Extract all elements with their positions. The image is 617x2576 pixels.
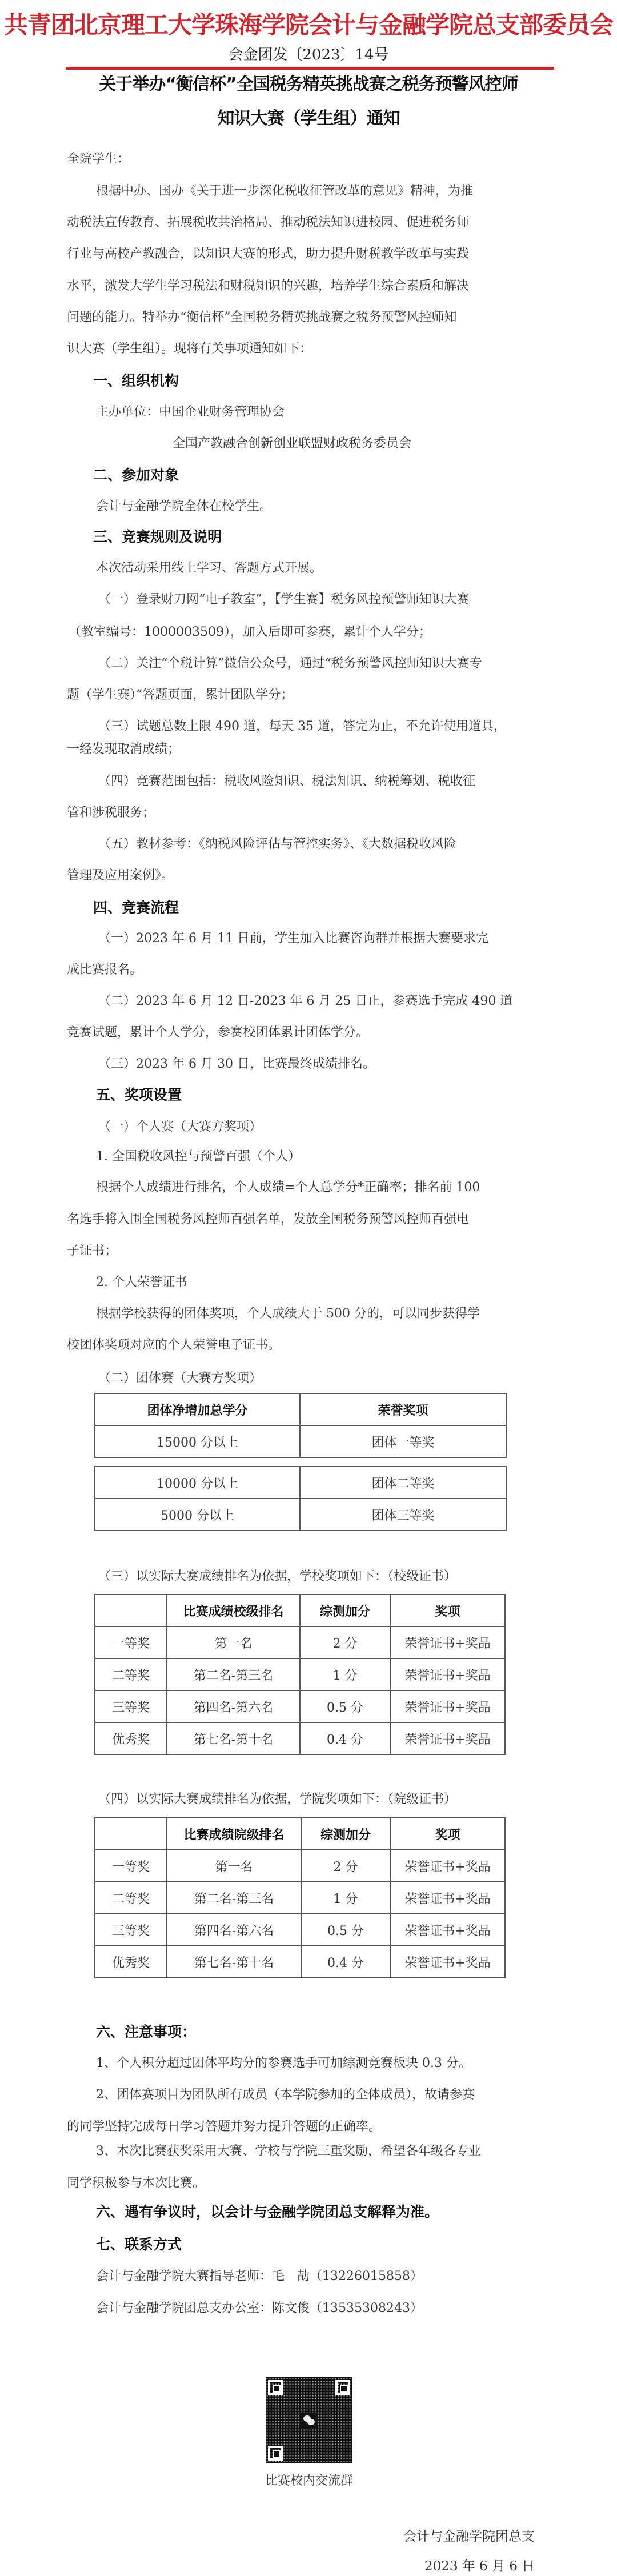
table-cell: 荣誉证书+奖品 — [390, 1722, 505, 1754]
table-cell: 团体二等奖 — [300, 1467, 506, 1499]
process-line: 竞赛试题，累计个人学分，参赛校团体累计团体学分。 — [67, 1024, 368, 1041]
table-cell: 0.4 分 — [301, 1946, 390, 1978]
participants-text: 会计与金融学院全体在校学生。 — [96, 498, 272, 515]
table-row: 二等奖 第二名-第三名 1 分 荣誉证书+奖品 — [95, 1658, 505, 1690]
signature-org: 会计与金融学院团总支 — [403, 2528, 535, 2545]
table-header: 综测加分 — [301, 1818, 390, 1850]
table-cell: 团体三等奖 — [300, 1499, 506, 1531]
dispute-clause: 六、遇有争议时，以会计与金融学院团总支解释为准。 — [96, 2202, 439, 2222]
table-row: 二等奖 第二名-第三名 1 分 荣誉证书+奖品 — [95, 1882, 505, 1914]
table-cell: 优秀奖 — [95, 1722, 167, 1754]
table-cell: 第二名-第三名 — [167, 1882, 301, 1914]
rules-line: 管理及应用案例》。 — [67, 867, 174, 884]
section-heading-process: 四、竞赛流程 — [93, 898, 179, 918]
table-cell: 荣誉证书+奖品 — [390, 1850, 505, 1882]
notes-line: 2、团体赛项目为团队所有成员（本学院参加的全体成员），故请参赛 — [96, 2086, 475, 2104]
individual-heading: （一）个人赛（大赛方奖项） — [98, 1119, 262, 1136]
table-cell: 5000 分以上 — [95, 1499, 300, 1531]
team-award-table: 团体净增加总学分 荣誉奖项 15000 分以上 团体一等奖 — [94, 1393, 507, 1458]
intro-line: 水平，激发大学生学习税法和财税知识的兴趣，培养学生综合素质和解决 — [67, 278, 469, 295]
rules-line: 题（学生赛）”答题页面，累计团队学分； — [67, 687, 293, 704]
intro-line: 动税法宣传教育、拓展税收共治格局、推动税法知识进校园、促进税务师 — [67, 214, 469, 231]
org-title: 共青团北京理工大学珠海学院会计与金融学院总支部委员会 — [0, 9, 617, 41]
table-cell: 1 分 — [301, 1882, 390, 1914]
table-cell: 10000 分以上 — [95, 1467, 300, 1499]
table-row: 优秀奖 第七名-第十名 0.4 分 荣誉证书+奖品 — [95, 1722, 505, 1754]
table-row: 15000 分以上 团体一等奖 — [95, 1425, 506, 1457]
table-header: 奖项 — [390, 1818, 505, 1850]
table-header: 比赛成绩校级排名 — [167, 1595, 300, 1626]
table-cell: 二等奖 — [95, 1658, 167, 1690]
team-award-table-continued: 10000 分以上 团体二等奖 5000 分以上 团体三等奖 — [94, 1466, 507, 1531]
table-cell: 荣誉证书+奖品 — [390, 1882, 505, 1914]
table-cell: 0.5 分 — [300, 1690, 390, 1722]
individual-item2-line: 根据学校获得的团体奖项，个人成绩大于 500 分的，可以同步获得学 — [96, 1305, 480, 1323]
notes-line: 同学积极参与本次比赛。 — [67, 2175, 205, 2192]
organizer-1: 主办单位：中国企业财务管理协会 — [96, 404, 285, 421]
wechat-qr-code-icon — [266, 2377, 352, 2463]
college-award-table: 比赛成绩院级排名 综测加分 奖项 一等奖 第一名 2 分 荣誉证书+奖品 二等奖… — [94, 1817, 506, 1978]
table-row: 优秀奖 第七名-第十名 0.4 分 荣誉证书+奖品 — [95, 1946, 505, 1978]
rules-line: 管和涉税服务； — [67, 804, 155, 822]
individual-item1-title: 1. 全国税收风控与预警百强（个人） — [96, 1148, 301, 1165]
table-cell: 三等奖 — [95, 1914, 167, 1946]
table-cell: 1 分 — [300, 1658, 390, 1690]
table-header: 荣誉奖项 — [300, 1393, 506, 1425]
table-cell: 荣誉证书+奖品 — [390, 1914, 505, 1946]
section-heading-participants: 二、参加对象 — [93, 466, 179, 485]
contact-advisor: 会计与金融学院大赛指导老师：毛 劼（13226015858） — [96, 2268, 423, 2285]
signature-date: 2023 年 6 月 6 日 — [424, 2558, 535, 2575]
intro-line: 根据中办、国办《关于进一步深化税收征管改革的意见》精神，为推 — [96, 183, 473, 200]
notes-line: 3、本次比赛获奖采用大赛、学校与学院三重奖励，希望各年级各专业 — [96, 2143, 481, 2160]
table-row: 10000 分以上 团体二等奖 — [95, 1467, 506, 1499]
team-heading: （二）团体赛（大赛方奖项） — [98, 1370, 262, 1387]
table-cell: 优秀奖 — [95, 1946, 167, 1978]
rules-line: 一经发现取消成绩； — [67, 741, 180, 758]
contact-office: 会计与金融学院团总支办公室：陈文俊（13535308243） — [96, 2300, 423, 2317]
table-cell: 三等奖 — [95, 1690, 167, 1722]
table-header: 比赛成绩院级排名 — [167, 1818, 301, 1850]
table-cell: 第二名-第三名 — [167, 1658, 300, 1690]
process-line: （一）2023 年 6 月 11 日前，学生加入比赛咨询群并根据大赛要求完 — [98, 930, 488, 947]
rules-line: （一）登录财刀网“电子教室”，【学生赛】税务风控预警师知识大赛 — [98, 591, 470, 608]
document-number: 会金团发〔2023〕14号 — [0, 45, 617, 65]
table-cell: 一等奖 — [95, 1850, 167, 1882]
notice-title-line1: 关于举办“衡信杯”全国税务精英挑战赛之税务预警风控师 — [0, 73, 617, 96]
table-cell: 荣誉证书+奖品 — [390, 1690, 505, 1722]
college-awards-heading: （四）以实际大赛成绩排名为依据，学院奖项如下：（院级证书） — [98, 1791, 456, 1808]
table-cell: 团体一等奖 — [300, 1425, 506, 1457]
salutation: 全院学生： — [67, 151, 130, 168]
individual-item1-line: 名选手将入围全国税务风控师百强名单，发放全国税务预警风控师百强电 — [67, 1211, 469, 1228]
rules-line: （二）关注“个税计算”微信公众号，通过“税务预警风控师知识大赛专 — [98, 655, 482, 672]
table-cell: 一等奖 — [95, 1626, 167, 1658]
section-heading-rules: 三、竞赛规则及说明 — [93, 527, 222, 547]
table-cell: 0.4 分 — [300, 1722, 390, 1754]
table-row: 三等奖 第四名-第六名 0.5 分 荣誉证书+奖品 — [95, 1914, 505, 1946]
table-cell: 2 分 — [300, 1626, 390, 1658]
individual-item1-line: 根据个人成绩进行排名，个人成绩=个人总学分*正确率；排名前 100 — [96, 1179, 480, 1196]
organizer-2: 全国产教融合创新创业联盟财政税务委员会 — [173, 435, 411, 452]
table-cell: 二等奖 — [95, 1882, 167, 1914]
section-heading-contacts: 七、联系方式 — [96, 2235, 182, 2254]
table-cell: 2 分 — [301, 1850, 390, 1882]
individual-item2-title: 2. 个人荣誉证书 — [96, 1274, 187, 1291]
rules-line: （三）试题总数上限 490 道，每天 35 道，答完为止，不允许使用道具， — [98, 718, 506, 735]
table-row: 一等奖 第一名 2 分 荣誉证书+奖品 — [95, 1626, 505, 1658]
table-cell: 荣誉证书+奖品 — [390, 1626, 505, 1658]
individual-item2-line: 校团体奖项对应的个人荣誉电子证书。 — [67, 1337, 281, 1354]
table-cell: 第七名-第十名 — [167, 1722, 300, 1754]
table-header — [95, 1818, 167, 1850]
table-cell: 第一名 — [167, 1850, 301, 1882]
process-line: （三）2023 年 6 月 30 日，比赛最终成绩排名。 — [98, 1056, 375, 1073]
intro-line: 行业与高校产教融合，以知识大赛的形式，助力提升财税教学改革与实践 — [67, 246, 469, 263]
rules-lead: 本次活动采用线上学习、答题方式开展。 — [96, 560, 322, 577]
table-cell: 荣誉证书+奖品 — [390, 1946, 505, 1978]
wechat-logo-icon — [301, 2413, 317, 2429]
table-header: 奖项 — [390, 1595, 505, 1626]
table-cell: 第四名-第六名 — [167, 1690, 300, 1722]
section-heading-organization: 一、组织机构 — [93, 371, 179, 391]
school-award-table: 比赛成绩校级排名 综测加分 奖项 一等奖 第一名 2 分 荣誉证书+奖品 二等奖… — [94, 1594, 506, 1755]
school-awards-heading: （三）以实际大赛成绩排名为依据，学校奖项如下：（校级证书） — [98, 1568, 456, 1585]
process-line: （二）2023 年 6 月 12 日-2023 年 6 月 25 日止，参赛选手… — [98, 993, 512, 1010]
intro-line: 识大赛（学生组）。现将有关事项通知如下： — [67, 340, 312, 358]
notes-line: 的同学坚持完成每日学习答题并努力提升答题的正确率。 — [67, 2118, 381, 2136]
rules-line: （四）竞赛范围包括：税收风险知识、税法知识、纳税筹划、税收征 — [98, 773, 475, 790]
individual-item1-line: 子证书； — [67, 1243, 117, 1260]
table-row: 一等奖 第一名 2 分 荣誉证书+奖品 — [95, 1850, 505, 1882]
table-cell: 15000 分以上 — [95, 1425, 300, 1457]
table-row: 5000 分以上 团体三等奖 — [95, 1499, 506, 1531]
rules-line: （教室编号：1000003509），加入后即可参赛，累计个人学分； — [69, 624, 431, 641]
table-cell: 第一名 — [167, 1626, 300, 1658]
table-cell: 第七名-第十名 — [167, 1946, 301, 1978]
notice-title-line2: 知识大赛（学生组）通知 — [0, 107, 617, 130]
section-heading-awards: 五、奖项设置 — [96, 1085, 182, 1105]
table-header: 团体净增加总学分 — [95, 1393, 300, 1425]
rules-line: （五）教材参考：《纳税风险评估与管控实务》、《大数据税收风险 — [98, 836, 456, 853]
table-cell: 荣誉证书+奖品 — [390, 1658, 505, 1690]
table-header — [95, 1595, 167, 1626]
red-divider — [66, 67, 554, 70]
process-line: 成比赛报名。 — [67, 962, 142, 979]
notes-line: 1、个人积分超过团体平均分的参赛选手可加综测竞赛板块 0.3 分。 — [96, 2055, 471, 2072]
table-header: 综测加分 — [300, 1595, 390, 1626]
section-heading-notes: 六、注意事项： — [96, 2022, 196, 2042]
qr-caption: 比赛校内交流群 — [0, 2473, 617, 2490]
table-cell: 第四名-第六名 — [167, 1914, 301, 1946]
table-row: 三等奖 第四名-第六名 0.5 分 荣誉证书+奖品 — [95, 1690, 505, 1722]
table-cell: 0.5 分 — [301, 1914, 390, 1946]
intro-line: 问题的能力。特举办“衡信杯”全国税务精英挑战赛之税务预警风控师知 — [67, 309, 457, 326]
